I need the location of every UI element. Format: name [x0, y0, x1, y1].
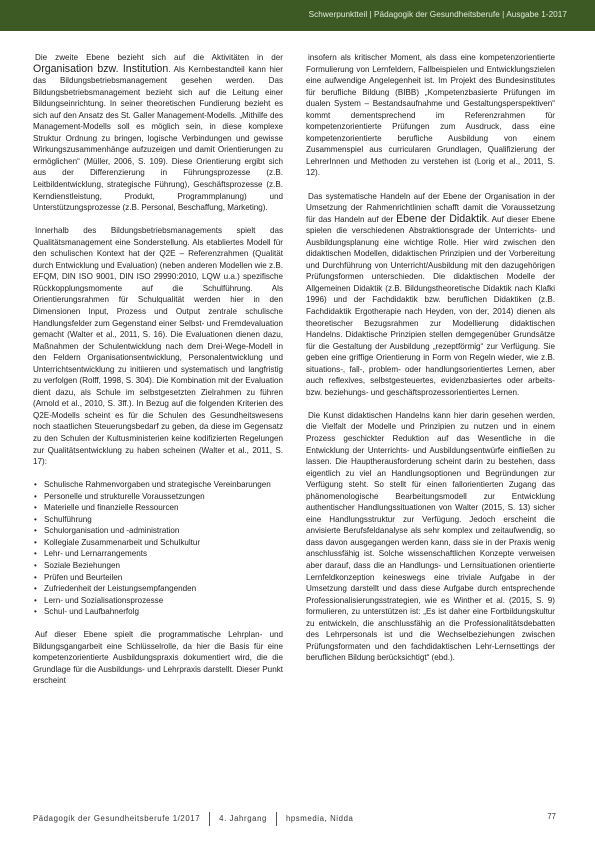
right-column: insofern als kritischer Moment, als dass…: [306, 52, 555, 675]
emphasis-didactics: Ebene der Didaktik: [396, 213, 487, 225]
footer-divider: [209, 812, 210, 826]
list-item: •Soziale Beziehungen: [33, 560, 283, 572]
bullet-icon: •: [34, 537, 37, 549]
left-column: Die zweite Ebene bezieht sich auf die Ak…: [33, 52, 283, 698]
paragraph-organisation-level: Die zweite Ebene bezieht sich auf die Ak…: [33, 52, 283, 214]
list-item: •Kollegiale Zusammenarbeit und Schulkult…: [33, 537, 283, 549]
bullet-icon: •: [34, 502, 37, 514]
list-item: •Schul- und Laufbahnerfolg: [33, 606, 283, 618]
list-item: •Schulführung: [33, 514, 283, 526]
bullet-icon: •: [34, 572, 37, 584]
paragraph-quality-management: Innerhalb des Bildungsbetriebsmanagement…: [33, 225, 283, 467]
list-item: •Lehr- und Lernarrangements: [33, 548, 283, 560]
criteria-list: •Schulische Rahmenvorgaben und strategis…: [33, 479, 283, 618]
list-item: •Prüfen und Beurteilen: [33, 572, 283, 584]
bullet-icon: •: [34, 525, 37, 537]
emphasis-organisation: Organisation bzw. Institution: [33, 63, 168, 75]
list-item: •Lern- und Sozialisationsprozesse: [33, 595, 283, 607]
bullet-icon: •: [34, 491, 37, 503]
list-item: •Materielle und finanzielle Ressourcen: [33, 502, 283, 514]
paragraph-bibb-project: insofern als kritischer Moment, als dass…: [306, 52, 555, 179]
paragraph-art-of-didactics: Die Kunst didaktischen Handelns kann hie…: [306, 410, 555, 664]
footer-publisher: hpsmedia, Nidda: [286, 814, 354, 823]
bullet-icon: •: [34, 583, 37, 595]
footer-divider: [276, 812, 277, 826]
bullet-icon: •: [34, 479, 37, 491]
list-item: •Personelle und strukturelle Voraussetzu…: [33, 491, 283, 503]
bullet-icon: •: [34, 606, 37, 618]
bullet-icon: •: [34, 514, 37, 526]
paragraph-curriculum-work: Auf dieser Ebene spielt die programmatis…: [33, 629, 283, 687]
footer-journal: Pädagogik der Gesundheitsberufe 1/2017: [33, 814, 200, 823]
page-footer: Pädagogik der Gesundheitsberufe 1/20174.…: [33, 812, 558, 826]
footer-volume: 4. Jahrgang: [219, 814, 267, 823]
running-title: Schwerpunktteil | Pädagogik der Gesundhe…: [309, 10, 567, 19]
bullet-icon: •: [34, 595, 37, 607]
list-item: •Schulorganisation und -administration: [33, 525, 283, 537]
running-header: Schwerpunktteil | Pädagogik der Gesundhe…: [0, 0, 595, 31]
list-item: •Zufriedenheit der Leistungsempfangenden: [33, 583, 283, 595]
list-item: •Schulische Rahmenvorgaben und strategis…: [33, 479, 283, 491]
bullet-icon: •: [34, 560, 37, 572]
paragraph-didactic-level: Das systematische Handeln auf der Ebene …: [306, 191, 555, 399]
bullet-icon: •: [34, 548, 37, 560]
page-number: 77: [547, 812, 556, 821]
